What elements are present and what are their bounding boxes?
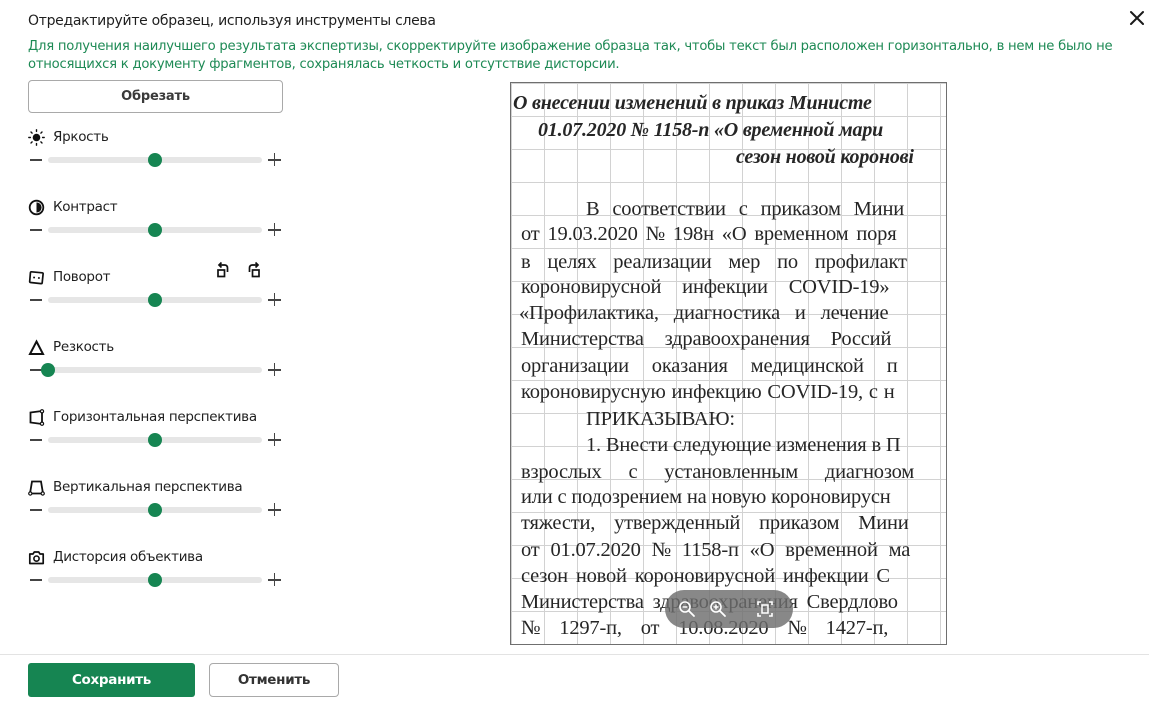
control-vertical-perspective: Вертикальная перспектива	[28, 478, 288, 538]
doc-body-line: короновирусную инфекцию COVID-19, с н	[521, 381, 894, 404]
increase-button[interactable]	[268, 573, 282, 587]
horizontal-perspective-slider[interactable]	[48, 437, 262, 443]
decrease-button[interactable]	[30, 299, 42, 301]
decrease-button[interactable]	[30, 509, 42, 511]
control-horizontal-perspective: Горизонтальная перспектива	[28, 408, 288, 468]
doc-body-line: короновирусной инфекции COVID-19»	[521, 276, 889, 299]
doc-body-line: сезон новой короновирусной инфекции С	[521, 565, 890, 588]
doc-body-line: Министерства здравоохранения Россий	[521, 328, 891, 351]
doc-heading-line: 01.07.2020 № 1158-п «О временной мари	[538, 119, 883, 142]
rotate-frame-icon	[28, 269, 45, 286]
rotate-right-icon	[244, 261, 262, 279]
rotation-slider[interactable]	[48, 297, 262, 303]
fit-screen-icon	[755, 599, 775, 619]
doc-heading-line: сезон новой короновi	[736, 146, 914, 169]
slider-thumb[interactable]	[148, 293, 162, 307]
zoom-in-button[interactable]	[708, 599, 728, 619]
increase-button[interactable]	[268, 363, 282, 377]
crop-button[interactable]: Обрезать	[28, 80, 283, 113]
control-label: Контраст	[53, 199, 117, 215]
increase-button[interactable]	[268, 503, 282, 517]
doc-body-line: тяжести, утвержденный приказом Мини	[521, 512, 909, 535]
dialog-title: Отредактируйте образец, используя инстру…	[28, 13, 436, 29]
lens-distortion-slider[interactable]	[48, 577, 262, 583]
control-contrast: Контраст	[28, 198, 288, 258]
vertical-perspective-slider[interactable]	[48, 507, 262, 513]
zoom-out-icon	[677, 599, 697, 619]
slider-thumb[interactable]	[148, 573, 162, 587]
sun-icon	[28, 129, 45, 146]
zoom-out-button[interactable]	[677, 599, 697, 619]
fit-screen-button[interactable]	[755, 599, 775, 619]
sharpness-slider[interactable]	[48, 367, 262, 373]
doc-body-line: 1. Внести следующие изменения в П	[586, 434, 900, 457]
slider-thumb[interactable]	[148, 153, 162, 167]
decrease-button[interactable]	[30, 439, 42, 441]
doc-body-line: или с подозрением на новую короновирусн	[521, 486, 891, 509]
slider-thumb[interactable]	[148, 503, 162, 517]
brightness-slider[interactable]	[48, 157, 262, 163]
triangle-icon	[28, 339, 45, 356]
control-lens-distortion: Дисторсия объектива	[28, 548, 288, 608]
zoom-toolbar	[665, 590, 793, 628]
document-image: О внесении изменений в приказ Министе 01…	[511, 83, 947, 645]
control-label: Дисторсия объектива	[53, 549, 203, 565]
vertical-perspective-icon	[28, 479, 45, 496]
slider-thumb[interactable]	[148, 223, 162, 237]
slider-thumb[interactable]	[41, 363, 55, 377]
control-label: Поворот	[53, 269, 110, 285]
doc-body-line: «Профилактика, диагностика и лечение	[519, 302, 888, 325]
hint-text: Для получения наилучшего результата эксп…	[28, 38, 1128, 74]
zoom-in-icon	[708, 599, 728, 619]
doc-body-line: В соответствии с приказом Мини	[586, 198, 904, 221]
doc-body-line: ПРИКАЗЫВАЮ:	[586, 408, 735, 431]
rotate-left-icon	[215, 261, 233, 279]
contrast-icon	[28, 199, 45, 216]
document-preview[interactable]: О внесении изменений в приказ Министе 01…	[510, 82, 947, 645]
doc-body-line: от 19.03.2020 № 198н «О временном поря	[521, 223, 896, 246]
increase-button[interactable]	[268, 293, 282, 307]
contrast-slider[interactable]	[48, 227, 262, 233]
doc-heading-line: О внесении изменений в приказ Министе	[513, 92, 872, 115]
doc-body-line: в целях реализации мер по профилакт	[521, 251, 907, 274]
footer-divider	[0, 654, 1149, 655]
control-label: Резкость	[53, 339, 114, 355]
doc-body-line: от 01.07.2020 № 1158-п «О временной ма	[521, 539, 910, 562]
close-icon	[1126, 7, 1148, 29]
slider-thumb[interactable]	[148, 433, 162, 447]
control-label: Вертикальная перспектива	[53, 479, 242, 495]
increase-button[interactable]	[268, 433, 282, 447]
rotate-right-button[interactable]	[244, 261, 262, 279]
doc-body-line: организации оказания медицинской п	[521, 355, 898, 378]
control-label: Горизонтальная перспектива	[53, 409, 257, 425]
control-brightness: Яркость	[28, 128, 288, 188]
doc-body-line: взрослых с установленным диагнозом	[521, 461, 914, 484]
camera-icon	[28, 549, 45, 566]
close-button[interactable]	[1126, 7, 1148, 29]
control-sharpness: Резкость	[28, 338, 288, 398]
decrease-button[interactable]	[30, 229, 42, 231]
horizontal-perspective-icon	[28, 409, 45, 426]
decrease-button[interactable]	[30, 579, 42, 581]
increase-button[interactable]	[268, 223, 282, 237]
rotate-left-button[interactable]	[215, 261, 233, 279]
increase-button[interactable]	[268, 153, 282, 167]
save-button[interactable]: Сохранить	[28, 663, 195, 697]
decrease-button[interactable]	[30, 159, 42, 161]
control-label: Яркость	[53, 129, 109, 145]
cancel-button[interactable]: Отменить	[209, 663, 339, 697]
